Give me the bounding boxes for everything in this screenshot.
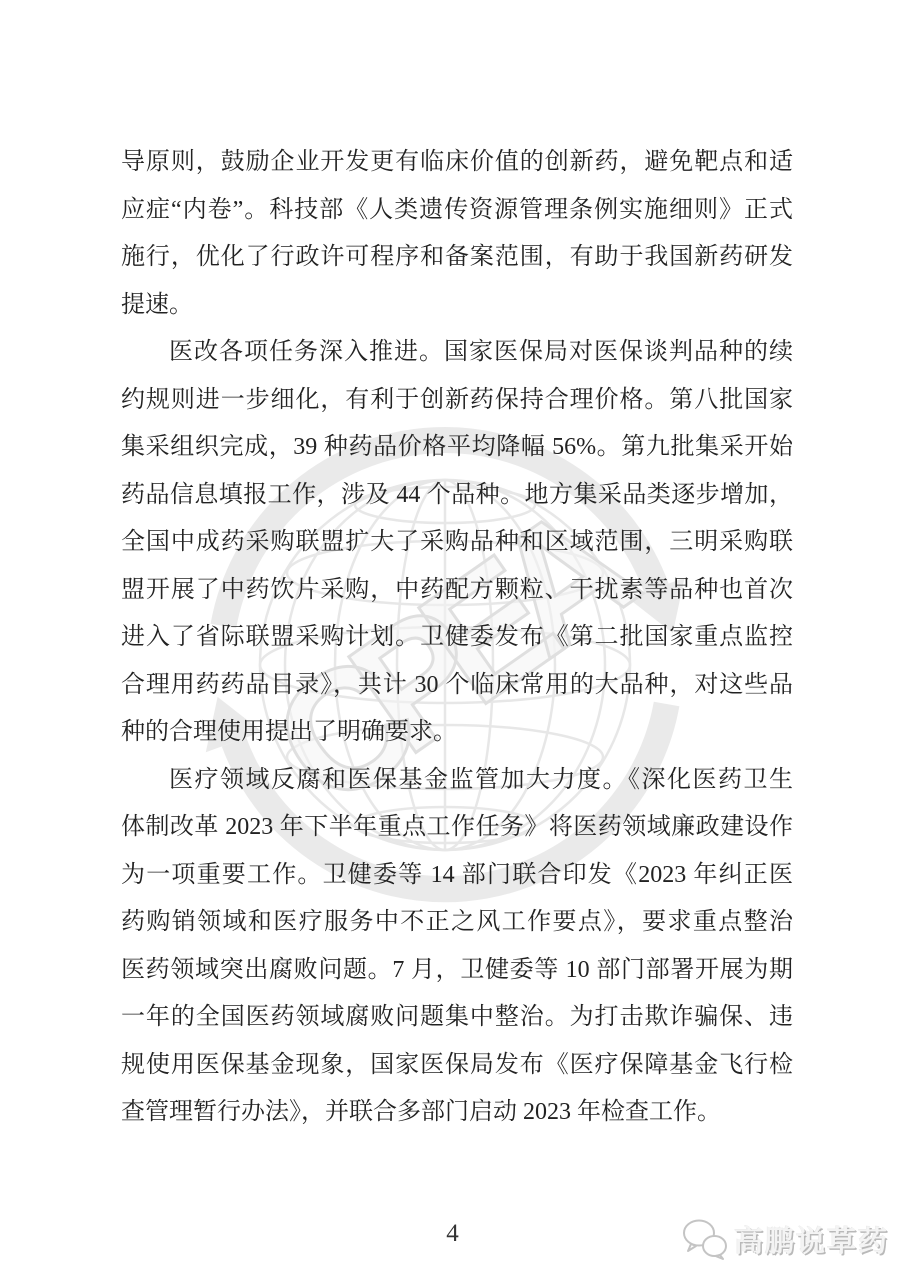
text-line: 约规则进一步细化，有利于创新药保持合理价格。第八批国家 <box>121 377 793 425</box>
text-line: 应症“内卷”。科技部《人类遗传资源管理条例实施细则》正式 <box>121 187 793 235</box>
page-body: 导原则，鼓励企业开发更有临床价值的创新药，避免靶点和适应症“内卷”。科技部《人类… <box>121 139 793 1137</box>
text-line: 为一项重要工作。卫健委等 14 部门联合印发《2023 年纠正医 <box>121 852 793 900</box>
text-line: 医改各项任务深入推进。国家医保局对医保谈判品种的续 <box>121 329 793 377</box>
text-line: 查管理暂行办法》，并联合多部门启动 2023 年检查工作。 <box>121 1089 793 1137</box>
text-line: 集采组织完成，39 种药品价格平均降幅 56%。第九批集采开始 <box>121 424 793 472</box>
text-line: 一年的全国医药领域腐败问题集中整治。为打击欺诈骗保、违 <box>121 994 793 1042</box>
text-line: 合理用药药品目录》，共计 30 个临床常用的大品种，对这些品 <box>121 662 793 710</box>
text-line: 盟开展了中药饮片采购，中药配方颗粒、干扰素等品种也首次 <box>121 567 793 615</box>
text-line: 医药领域突出腐败问题。7 月，卫健委等 10 部门部署开展为期 <box>121 947 793 995</box>
document-page: CPEA 导原则，鼓励企业开发更有临床价值的创新药，避免靶点和适应症“内卷”。科… <box>0 0 905 1280</box>
text-line: 医疗领域反腐和医保基金监管加大力度。《深化医药卫生 <box>121 757 793 805</box>
brand-label: 高鹏说草药 <box>734 1219 889 1260</box>
text-line: 施行，优化了行政许可程序和备案范围，有助于我国新药研发 <box>121 234 793 282</box>
text-line: 规使用医保基金现象，国家医保局发布《医疗保障基金飞行检 <box>121 1042 793 1090</box>
text-line: 药购销领域和医疗服务中不正之风工作要点》，要求重点整治 <box>121 899 793 947</box>
text-line: 导原则，鼓励企业开发更有临床价值的创新药，避免靶点和适 <box>121 139 793 187</box>
text-line: 进入了省际联盟采购计划。卫健委发布《第二批国家重点监控 <box>121 614 793 662</box>
text-line: 体制改革 2023 年下半年重点工作任务》将医药领域廉政建设作 <box>121 804 793 852</box>
text-line: 全国中成药采购联盟扩大了采购品种和区域范围，三明采购联 <box>121 519 793 567</box>
text-line: 药品信息填报工作，涉及 44 个品种。地方集采品类逐步增加， <box>121 472 793 520</box>
text-line: 提速。 <box>121 282 793 330</box>
brand-watermark: 高鹏说草药 <box>682 1218 889 1260</box>
text-line: 种的合理使用提出了明确要求。 <box>121 709 793 757</box>
wechat-icon <box>682 1218 728 1260</box>
